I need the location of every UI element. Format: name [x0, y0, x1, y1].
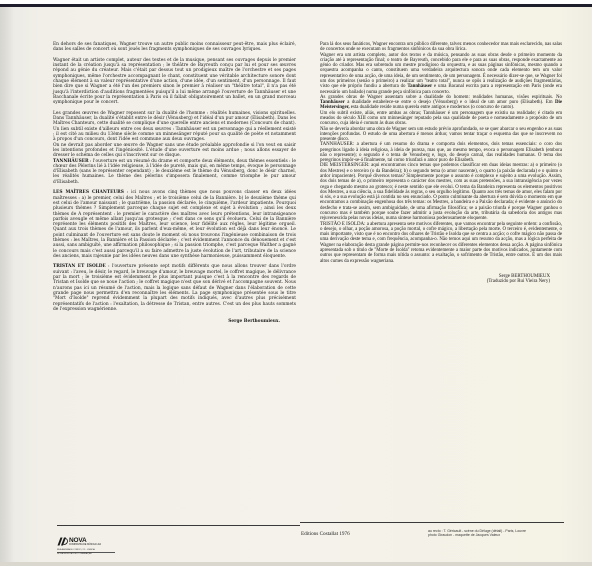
pt-wagner-paragraph: Wagner era um artista completo, autor do… [320, 53, 562, 95]
pt-section-title: TANNHÄUSER: [320, 142, 354, 147]
pt-section-tristao: TRISTÃO E ISOLDA: a abertura apresenta s… [320, 222, 562, 264]
cover-art-credit: au recto : T. Géricault - scène du Délug… [428, 529, 568, 537]
fr-etude-paragraph: On ne devrait pas aborder une œuvre de W… [53, 143, 296, 159]
pt-intro-paragraph: Para lá dos seus fanáticos, Wagner encon… [320, 42, 562, 53]
nova-logo-icon [57, 537, 68, 546]
fr-section-tannhauser: TANNHÄUSER : l'ouverture est un résumé d… [53, 159, 296, 185]
nova-label-logo: NOVA COMPANHIA DE MÚSICA LDA RUA ANDRADE… [57, 536, 127, 566]
pt-section-title: DIE MEISTERSINGER: [320, 163, 370, 168]
pt-translator: (Traduzido por Rui Vieira Nery) [320, 279, 550, 285]
footer-divider-left [57, 525, 300, 526]
pt-elo-paragraph: Um elo subtil existe, aliás, entre ambas… [320, 111, 562, 127]
pt-section-title: TRISTÃO E ISOLDA: [320, 222, 365, 227]
pt-signature-block: Serge BERTHOUMIEUX (Traduzido por Rui Vi… [320, 274, 562, 285]
french-column: En dehors de ses fanatiques, Wagner trou… [53, 42, 296, 324]
pt-section-tannhauser: TANNHÄUSER: a abertura é um resumo do dr… [320, 142, 562, 163]
portuguese-column: Para lá dos seus fanáticos, Wagner encon… [320, 42, 562, 285]
fr-section-title: TANNHÄUSER [53, 159, 89, 164]
fr-intro-paragraph: En dehors de ses fanatiques, Wagner trou… [53, 42, 296, 53]
logo-address: RUA ANDRADE CORVO, 21 - LISBOA [57, 549, 95, 551]
footer-divider-right [300, 522, 564, 523]
pt-dualidade-paragraph: As grandes obras de Wagner assentam sobr… [320, 95, 562, 111]
fr-signature: Serge Berthoumieux. [53, 319, 296, 324]
fr-section-maitres-chanteurs: LES MAÎTRES CHANTEURS : ici nous avons c… [53, 190, 296, 259]
pt-section-meistersinger: DIE MEISTERSINGER: aqui encontramos cinc… [320, 163, 562, 221]
logo-address-secondary: NOVA MÚSICA DISCO GRAVAÇÃO [57, 553, 92, 555]
pt-estudo-paragraph: Não se deveria abordar uma obra de Wagne… [320, 127, 562, 143]
fr-wagner-paragraph: Wagner était un artiste complet, auteur … [53, 58, 296, 106]
fr-section-tristan: TRISTAN ET ISOLDE : l'ouverture présente… [53, 264, 296, 312]
edition-credit: Editions Costallat 1976 [301, 531, 350, 537]
logo-name: NOVA [69, 537, 87, 544]
fr-section-title: TRISTAN ET ISOLDE [53, 264, 106, 269]
logo-subtitle: COMPANHIA DE MÚSICA LDA [69, 544, 101, 546]
fr-section-title: LES MAÎTRES CHANTEURS [53, 190, 124, 195]
fr-dualite-paragraph: Les grandes œuvres de Wagner reposent su… [53, 111, 296, 143]
record-sleeve-back: En dehors de ses fanatiques, Wagner trou… [0, 4, 592, 566]
